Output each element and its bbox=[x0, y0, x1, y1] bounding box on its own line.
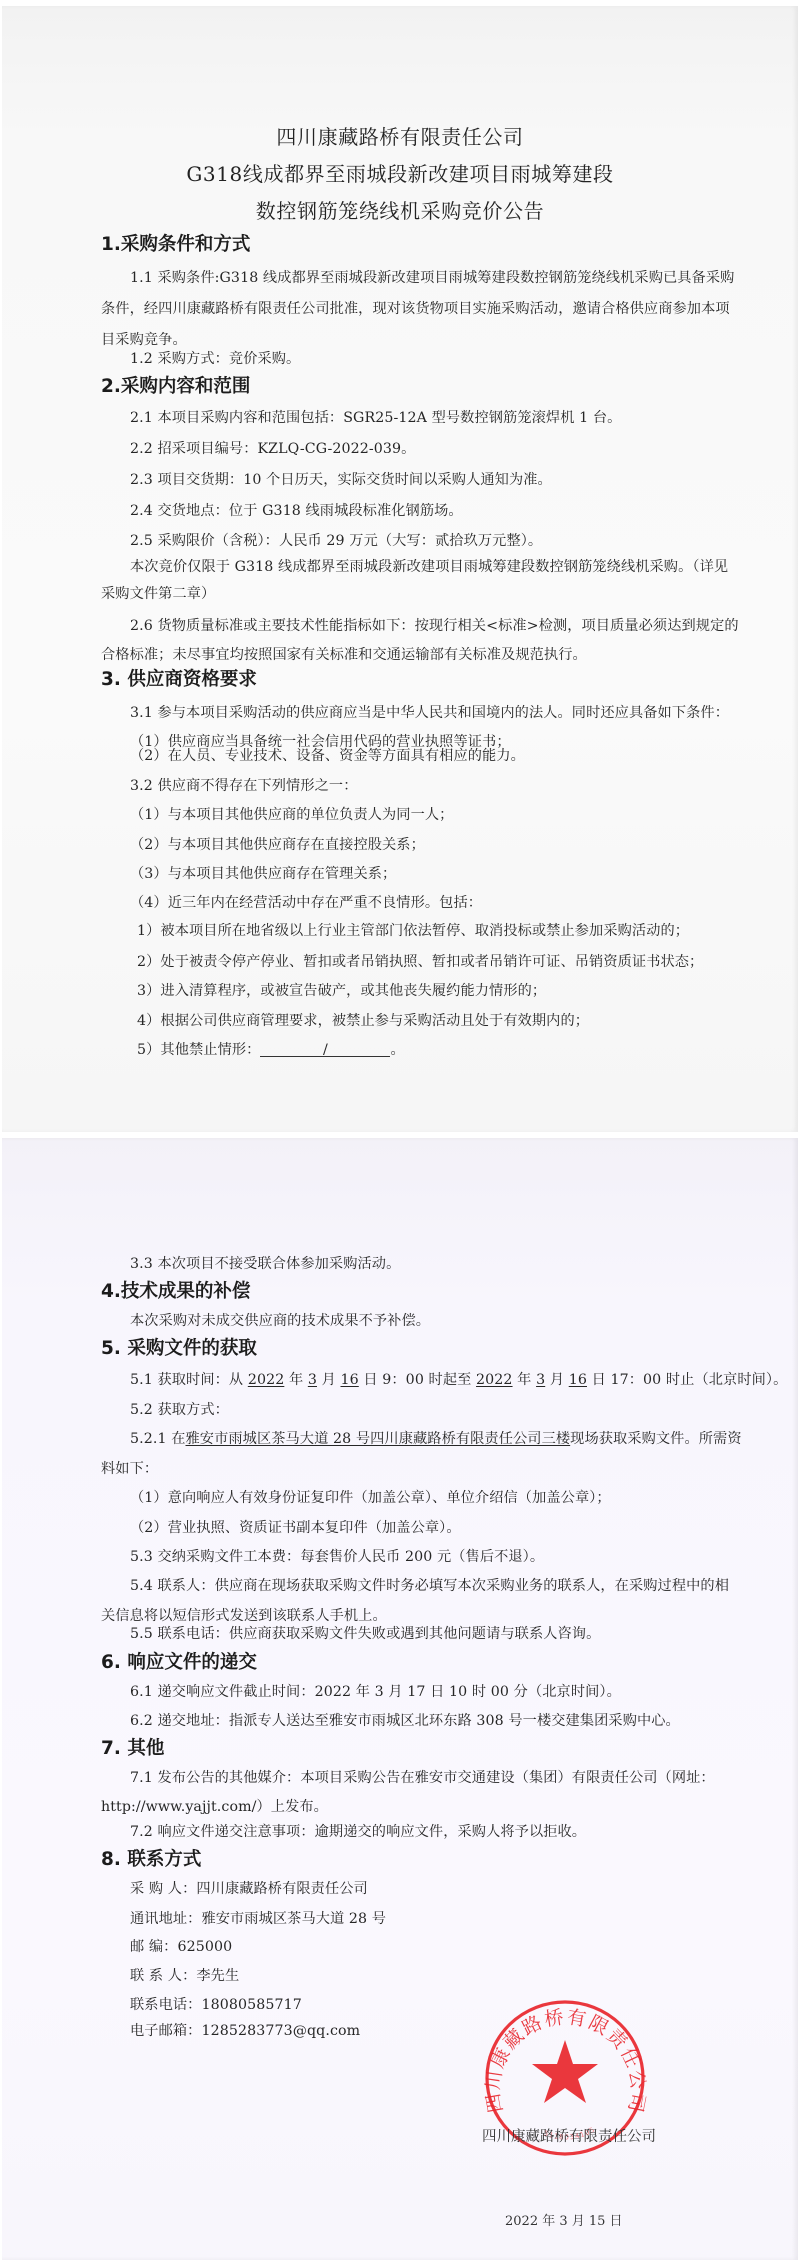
required-doc-1: （1）意向响应人有效身份证复印件（加盖公章）、单位介绍信（加盖公章）； bbox=[130, 1488, 611, 1508]
paragraph-3-1: 3.1 参与本项目采购活动的供应商应当是中华人民共和国境内的法人。同时还应具备如… bbox=[130, 703, 729, 723]
paragraph-1-1: 1.1 采购条件:G318 线成都界至雨城段新改建项目雨城筹建段数控钢筋笼绕线机… bbox=[130, 268, 734, 288]
paragraph-1-2: 1.2 采购方式：竞价采购。 bbox=[130, 349, 300, 369]
bad-situation-1: 1）被本项目所在地省级以上行业主管部门依法暂停、取消投标或禁止参加采购活动的； bbox=[137, 921, 689, 941]
exclusion-1: （1）与本项目其他供应商的单位负责人为同一人； bbox=[130, 805, 453, 825]
contact-email: 电子邮箱：1285283773@qq.com bbox=[130, 2021, 360, 2041]
text: 月 bbox=[317, 1372, 341, 1388]
paragraph-1-1-cont: 条件，经四川康藏路桥有限责任公司批准，现对该货物项目实施采购活动，邀请合格供应商… bbox=[101, 299, 730, 319]
title-notice: 数控钢筋笼绕线机采购竞价公告 bbox=[0, 198, 800, 224]
bad-situation-4: 4）根据公司供应商管理要求，被禁止参与采购活动且处于有效期内的； bbox=[137, 1011, 589, 1031]
paragraph-5-2-1: 5.2.1 在雅安市雨城区茶马大道 28 号四川康藏路桥有限责任公司三楼现场获取… bbox=[130, 1429, 742, 1449]
bad-situation-3: 3）进入清算程序，或被宣告破产，或其他丧失履约能力情形的； bbox=[137, 981, 546, 1001]
paragraph-3-2: 3.2 供应商不得存在下列情形之一： bbox=[130, 776, 358, 796]
text: 年 bbox=[513, 1372, 537, 1388]
paragraph-limit-cont: 采购文件第二章） bbox=[101, 584, 215, 604]
required-doc-2: （2）营业执照、资质证书副本复印件（加盖公章）。 bbox=[130, 1518, 461, 1538]
contact-address: 通讯地址：雅安市雨城区茶马大道 28 号 bbox=[130, 1909, 386, 1929]
paragraph-2-6: 2.6 货物质量标准或主要技术性能指标如下：按现行相关<标准>检测，项目质量必须… bbox=[130, 616, 739, 636]
signature-date: 2022 年 3 月 15 日 bbox=[505, 2210, 623, 2229]
signature-company: 四川康藏路桥有限责任公司 bbox=[482, 2125, 656, 2146]
text: 年 bbox=[284, 1372, 308, 1388]
exclusion-4: （4）近三年内在经营活动中存在严重不良情形。包括： bbox=[130, 893, 482, 913]
bad-situation-5-end: 。 bbox=[390, 1042, 404, 1058]
paragraph-limit: 本次竞价仅限于 G318 线成都界至雨城段新改建项目雨城筹建段数控钢筋笼绕线机采… bbox=[130, 557, 728, 577]
year-end: 2022 bbox=[476, 1372, 513, 1388]
paragraph-5-2: 5.2 获取方式： bbox=[130, 1400, 229, 1420]
bad-situation-2: 2）处于被责令停产停业、暂扣或者吊销执照、暂扣或者吊销许可证、吊销资质证书状态； bbox=[137, 952, 703, 972]
paragraph-5-2-1-cont: 料如下： bbox=[101, 1459, 158, 1479]
paragraph-5-4-cont: 关信息将以短信形式发送到该联系人手机上。 bbox=[101, 1606, 387, 1626]
month-end: 3 bbox=[536, 1372, 545, 1388]
paragraph-7-2: 7.2 响应文件递交注意事项：逾期递交的响应文件，采购人将予以拒收。 bbox=[130, 1822, 586, 1842]
paragraph-6-1: 6.1 递交响应文件截止时间：2022 年 3 月 17 日 10 时 00 分… bbox=[130, 1682, 621, 1702]
paragraph-5-1: 5.1 获取时间：从 2022 年 3 月 16 日 9：00 时起至 2022… bbox=[130, 1370, 787, 1390]
section-8-heading: 8. 联系方式 bbox=[101, 1847, 201, 1873]
contact-phone: 联系电话：18080585717 bbox=[130, 1995, 302, 2015]
blank-field: / bbox=[260, 1040, 390, 1057]
text: 现场获取采购文件。所需资 bbox=[570, 1431, 741, 1447]
paragraph-7-1: 7.1 发布公告的其他媒介：本项目采购公告在雅安市交通建设（集团）有限责任公司（… bbox=[130, 1768, 715, 1788]
paragraph-5-5: 5.5 联系电话：供应商获取采购文件失败或遇到其他问题请与联系人咨询。 bbox=[130, 1624, 600, 1644]
paragraph-2-5: 2.5 采购限价（含税）：人民币 29 万元（大写：贰拾玖万元整）。 bbox=[130, 531, 542, 551]
exclusion-2: （2）与本项目其他供应商存在直接控股关系； bbox=[130, 835, 425, 855]
section-5-heading: 5. 采购文件的获取 bbox=[101, 1336, 257, 1362]
paragraph-2-4: 2.4 交货地点：位于 G318 线雨城段标准化钢筋场。 bbox=[130, 501, 463, 521]
paragraph-2-3: 2.3 项目交货期：10 个日历天，实际交货时间以采购人通知为准。 bbox=[130, 470, 552, 490]
section-3-heading: 3. 供应商资格要求 bbox=[101, 667, 257, 693]
contact-person: 联 系 人：李先生 bbox=[130, 1966, 239, 1986]
section-6-heading: 6. 响应文件的递交 bbox=[101, 1650, 257, 1676]
bad-situation-5-label: 5）其他禁止情形： bbox=[137, 1042, 260, 1058]
paragraph-7-1-url[interactable]: http://www.yajjt.com/）上发布。 bbox=[101, 1797, 328, 1817]
section-1-heading: 1.采购条件和方式 bbox=[101, 232, 250, 258]
text: 5.2.1 在 bbox=[130, 1431, 186, 1447]
bad-situation-5: 5）其他禁止情形：/。 bbox=[137, 1040, 405, 1060]
month-start: 3 bbox=[308, 1372, 317, 1388]
pickup-location: 雅安市雨城区茶马大道 28 号四川康藏路桥有限责任公司三楼 bbox=[186, 1431, 571, 1447]
contact-buyer: 采 购 人：四川康藏路桥有限责任公司 bbox=[130, 1879, 368, 1899]
paragraph-2-1: 2.1 本项目采购内容和范围包括：SGR25-12A 型号数控钢筋笼滚焊机 1 … bbox=[130, 408, 621, 428]
paragraph-2-6-cont: 合格标准；未尽事宜均按照国家有关标准和交通运输部有关标准及规范执行。 bbox=[101, 645, 587, 665]
paragraph-1-1-end: 目采购竞争。 bbox=[101, 330, 187, 350]
section-7-heading: 7. 其他 bbox=[101, 1736, 164, 1762]
day-end: 16 bbox=[569, 1372, 587, 1388]
paragraph-6-2: 6.2 递交地址：指派专人送达至雅安市雨城区北环东路 308 号一楼交建集团采购… bbox=[130, 1711, 680, 1731]
condition-2: （2）在人员、专业技术、设备、资金等方面具有相应的能力。 bbox=[130, 746, 525, 766]
paragraph-3-3: 3.3 本次项目不接受联合体参加采购活动。 bbox=[130, 1254, 400, 1274]
text: 5.1 获取时间：从 bbox=[130, 1372, 248, 1388]
exclusion-3: （3）与本项目其他供应商存在管理关系； bbox=[130, 864, 396, 884]
paragraph-2-2: 2.2 招采项目编号：KZLQ-CG-2022-039。 bbox=[130, 439, 415, 459]
section-4-heading: 4.技术成果的补偿 bbox=[101, 1279, 250, 1305]
year-start: 2022 bbox=[248, 1372, 285, 1388]
paragraph-5-3: 5.3 交纳采购文件工本费：每套售价人民币 200 元（售后不退）。 bbox=[130, 1547, 544, 1567]
text: 月 bbox=[545, 1372, 569, 1388]
day-start: 16 bbox=[341, 1372, 359, 1388]
text: 日 17：00 时止（北京时间）。 bbox=[587, 1372, 787, 1388]
paragraph-5-4: 5.4 联系人：供应商在现场获取采购文件时务必填写本次采购业务的联系人，在采购过… bbox=[130, 1576, 729, 1596]
text: 日 9：00 时起至 bbox=[359, 1372, 476, 1388]
paragraph-4: 本次采购对未成交供应商的技术成果不予补偿。 bbox=[130, 1311, 430, 1331]
contact-postcode: 邮 编：625000 bbox=[130, 1937, 232, 1957]
section-2-heading: 2.采购内容和范围 bbox=[101, 374, 250, 400]
title-company: 四川康藏路桥有限责任公司 bbox=[0, 124, 800, 150]
title-project: G318线成都界至雨城段新改建项目雨城筹建段 bbox=[0, 161, 800, 187]
